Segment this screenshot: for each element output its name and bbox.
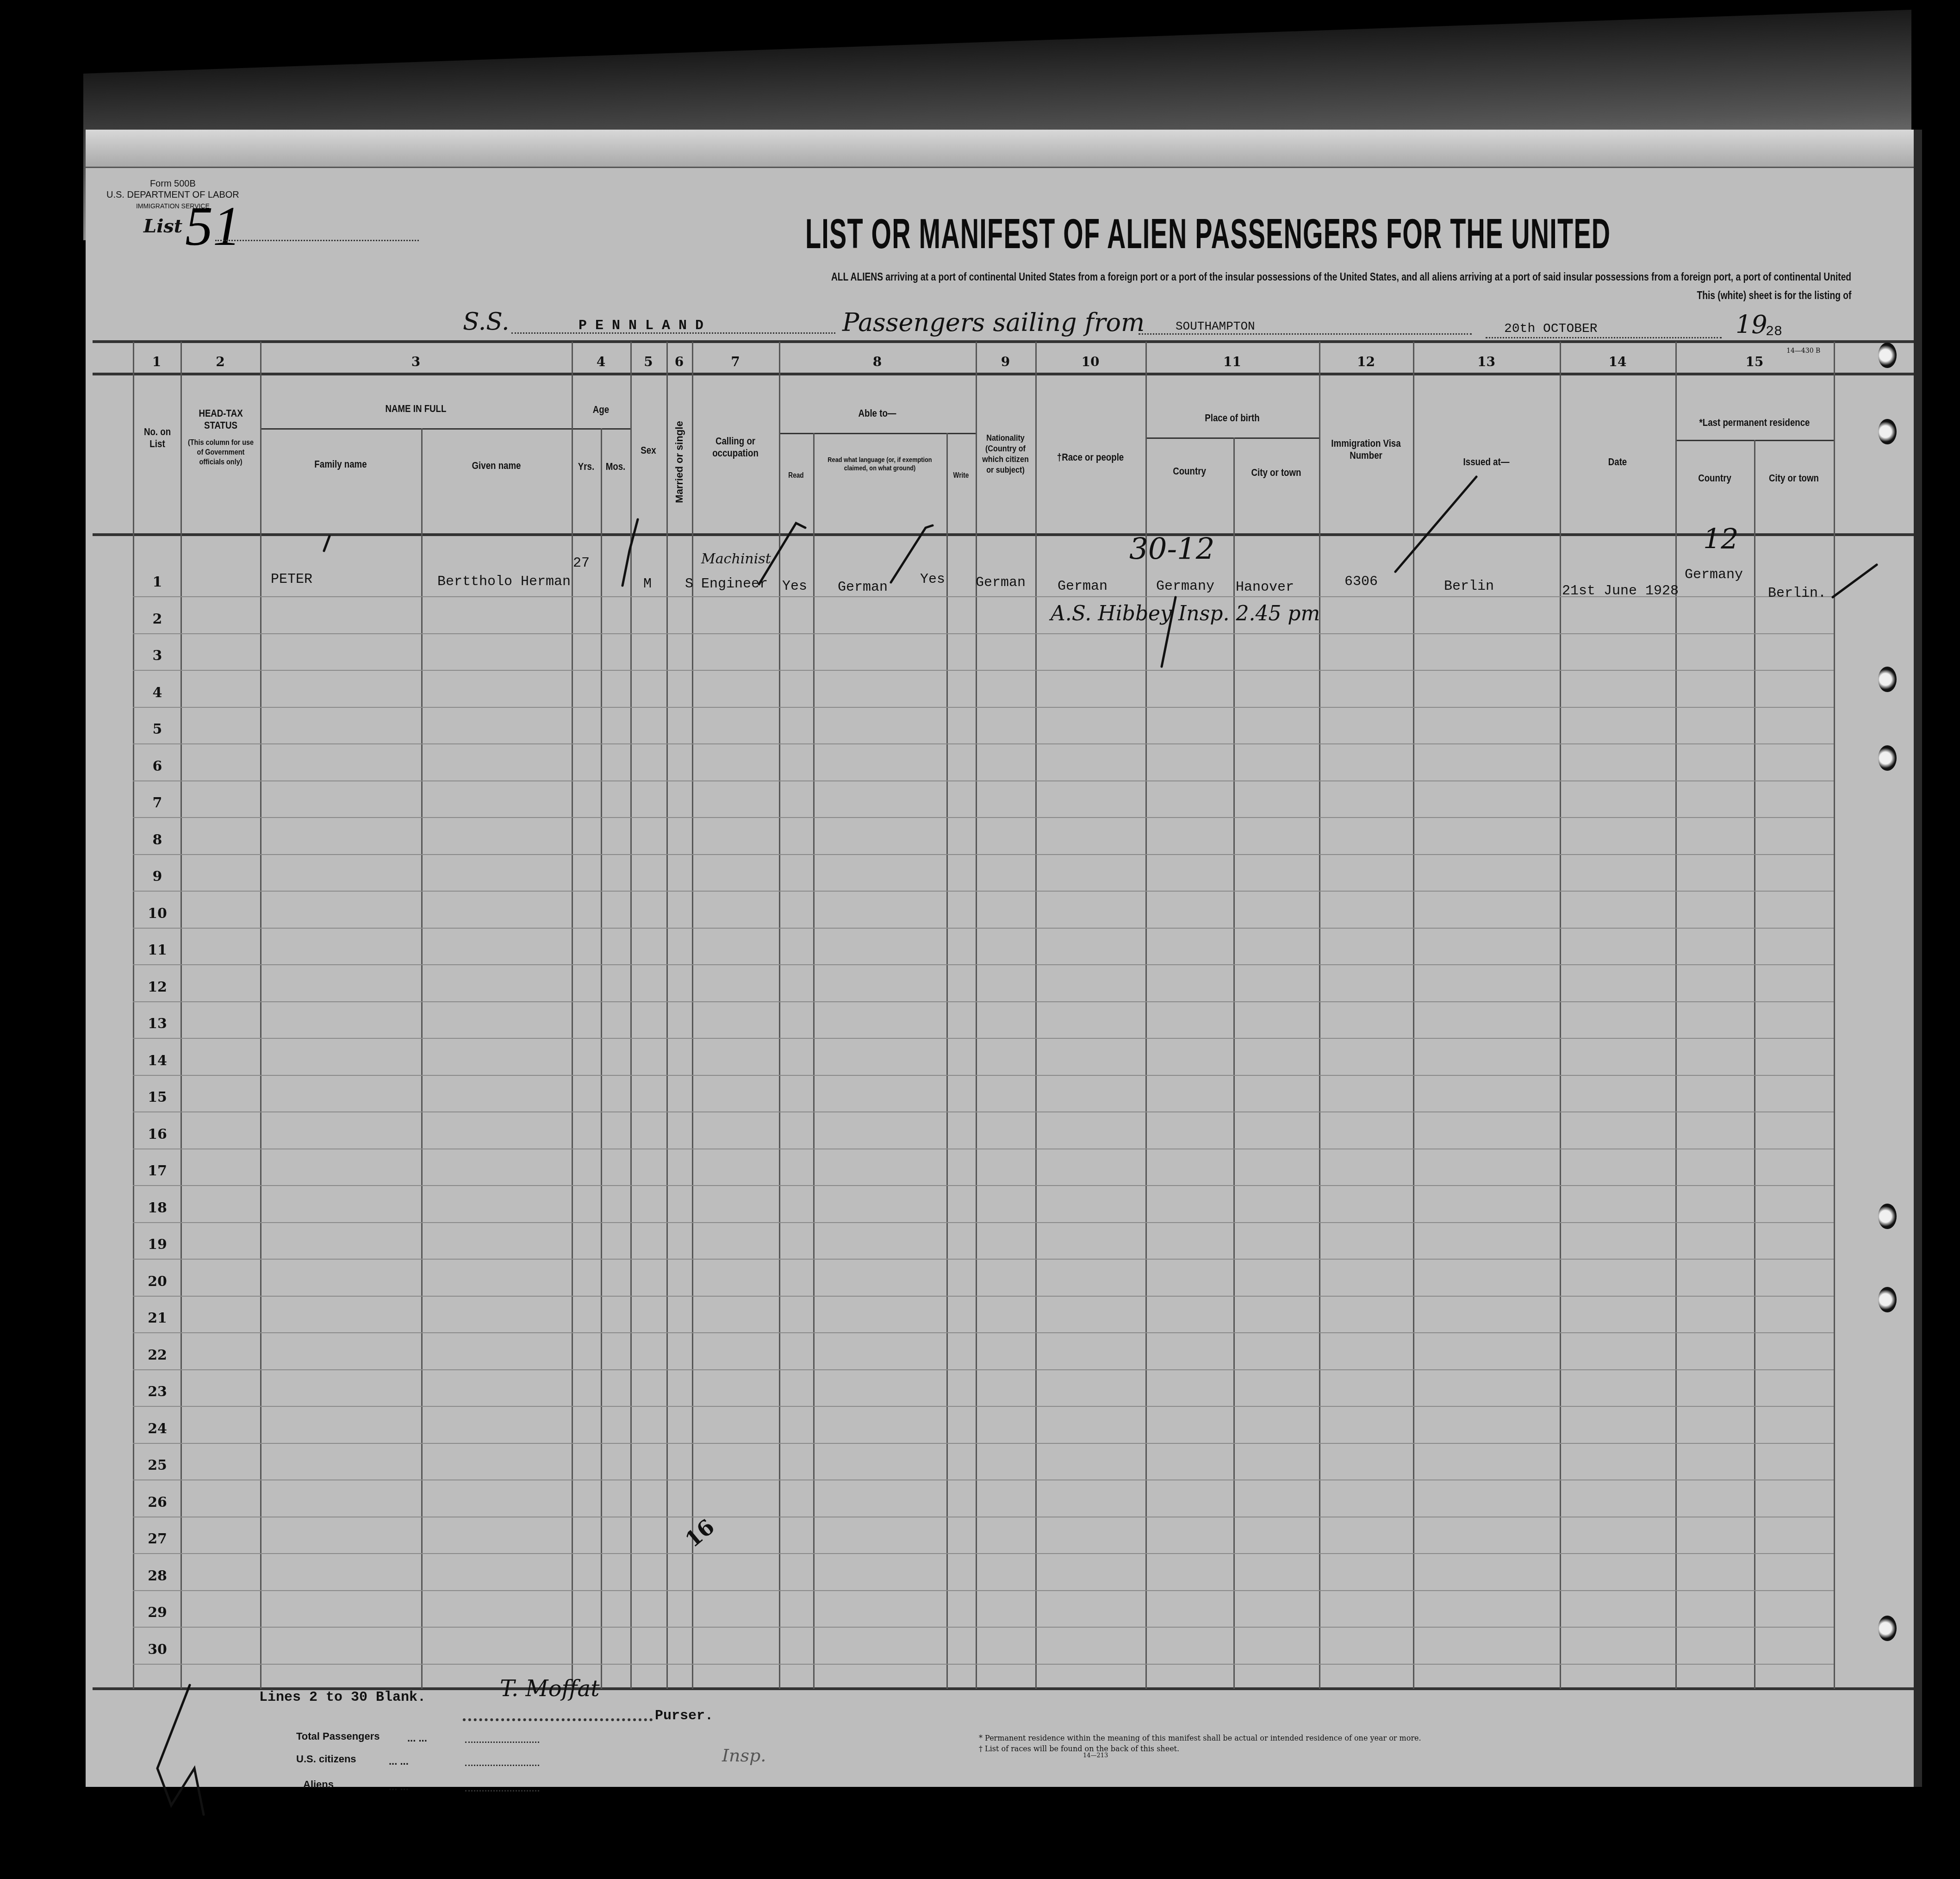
total-passengers-label: Total Passengers <box>296 1730 380 1742</box>
binding-hole-icon <box>1878 1616 1897 1641</box>
binding-hole-icon <box>1878 1204 1897 1229</box>
us-citizens-field <box>465 1765 539 1766</box>
aliens-dots: ... ... <box>389 1781 409 1793</box>
binding-hole-icon <box>1878 419 1897 444</box>
purser-signature-line <box>463 1718 653 1721</box>
purser-signature: T. Moffat <box>500 1676 599 1702</box>
us-citizens-dots: ... ... <box>389 1755 409 1767</box>
binding-hole-icon <box>1878 667 1897 692</box>
binding-hole-icon <box>1878 343 1897 368</box>
aliens-label: Aliens <box>303 1779 334 1791</box>
total-passengers-field <box>465 1742 539 1743</box>
handwritten-checkmarks-icon <box>0 0 1960 1879</box>
inspector-signature: Insp. <box>722 1745 766 1766</box>
binding-hole-icon <box>1878 745 1897 771</box>
total-passengers-dots: ... ... <box>407 1732 427 1744</box>
form-code-bottom: 14—213 <box>1083 1752 1108 1759</box>
footnote-permanent-residence: * Permanent residence within the meaning… <box>979 1734 1421 1742</box>
binding-hole-icon <box>1878 1287 1897 1312</box>
blank-lines-note: Lines 2 to 30 Blank. <box>259 1690 426 1705</box>
purser-label: Purser. <box>655 1708 713 1724</box>
aliens-field <box>465 1790 539 1792</box>
us-citizens-label: U.S. citizens <box>296 1753 356 1765</box>
footnote-races: † List of races will be found on the bac… <box>979 1744 1179 1753</box>
